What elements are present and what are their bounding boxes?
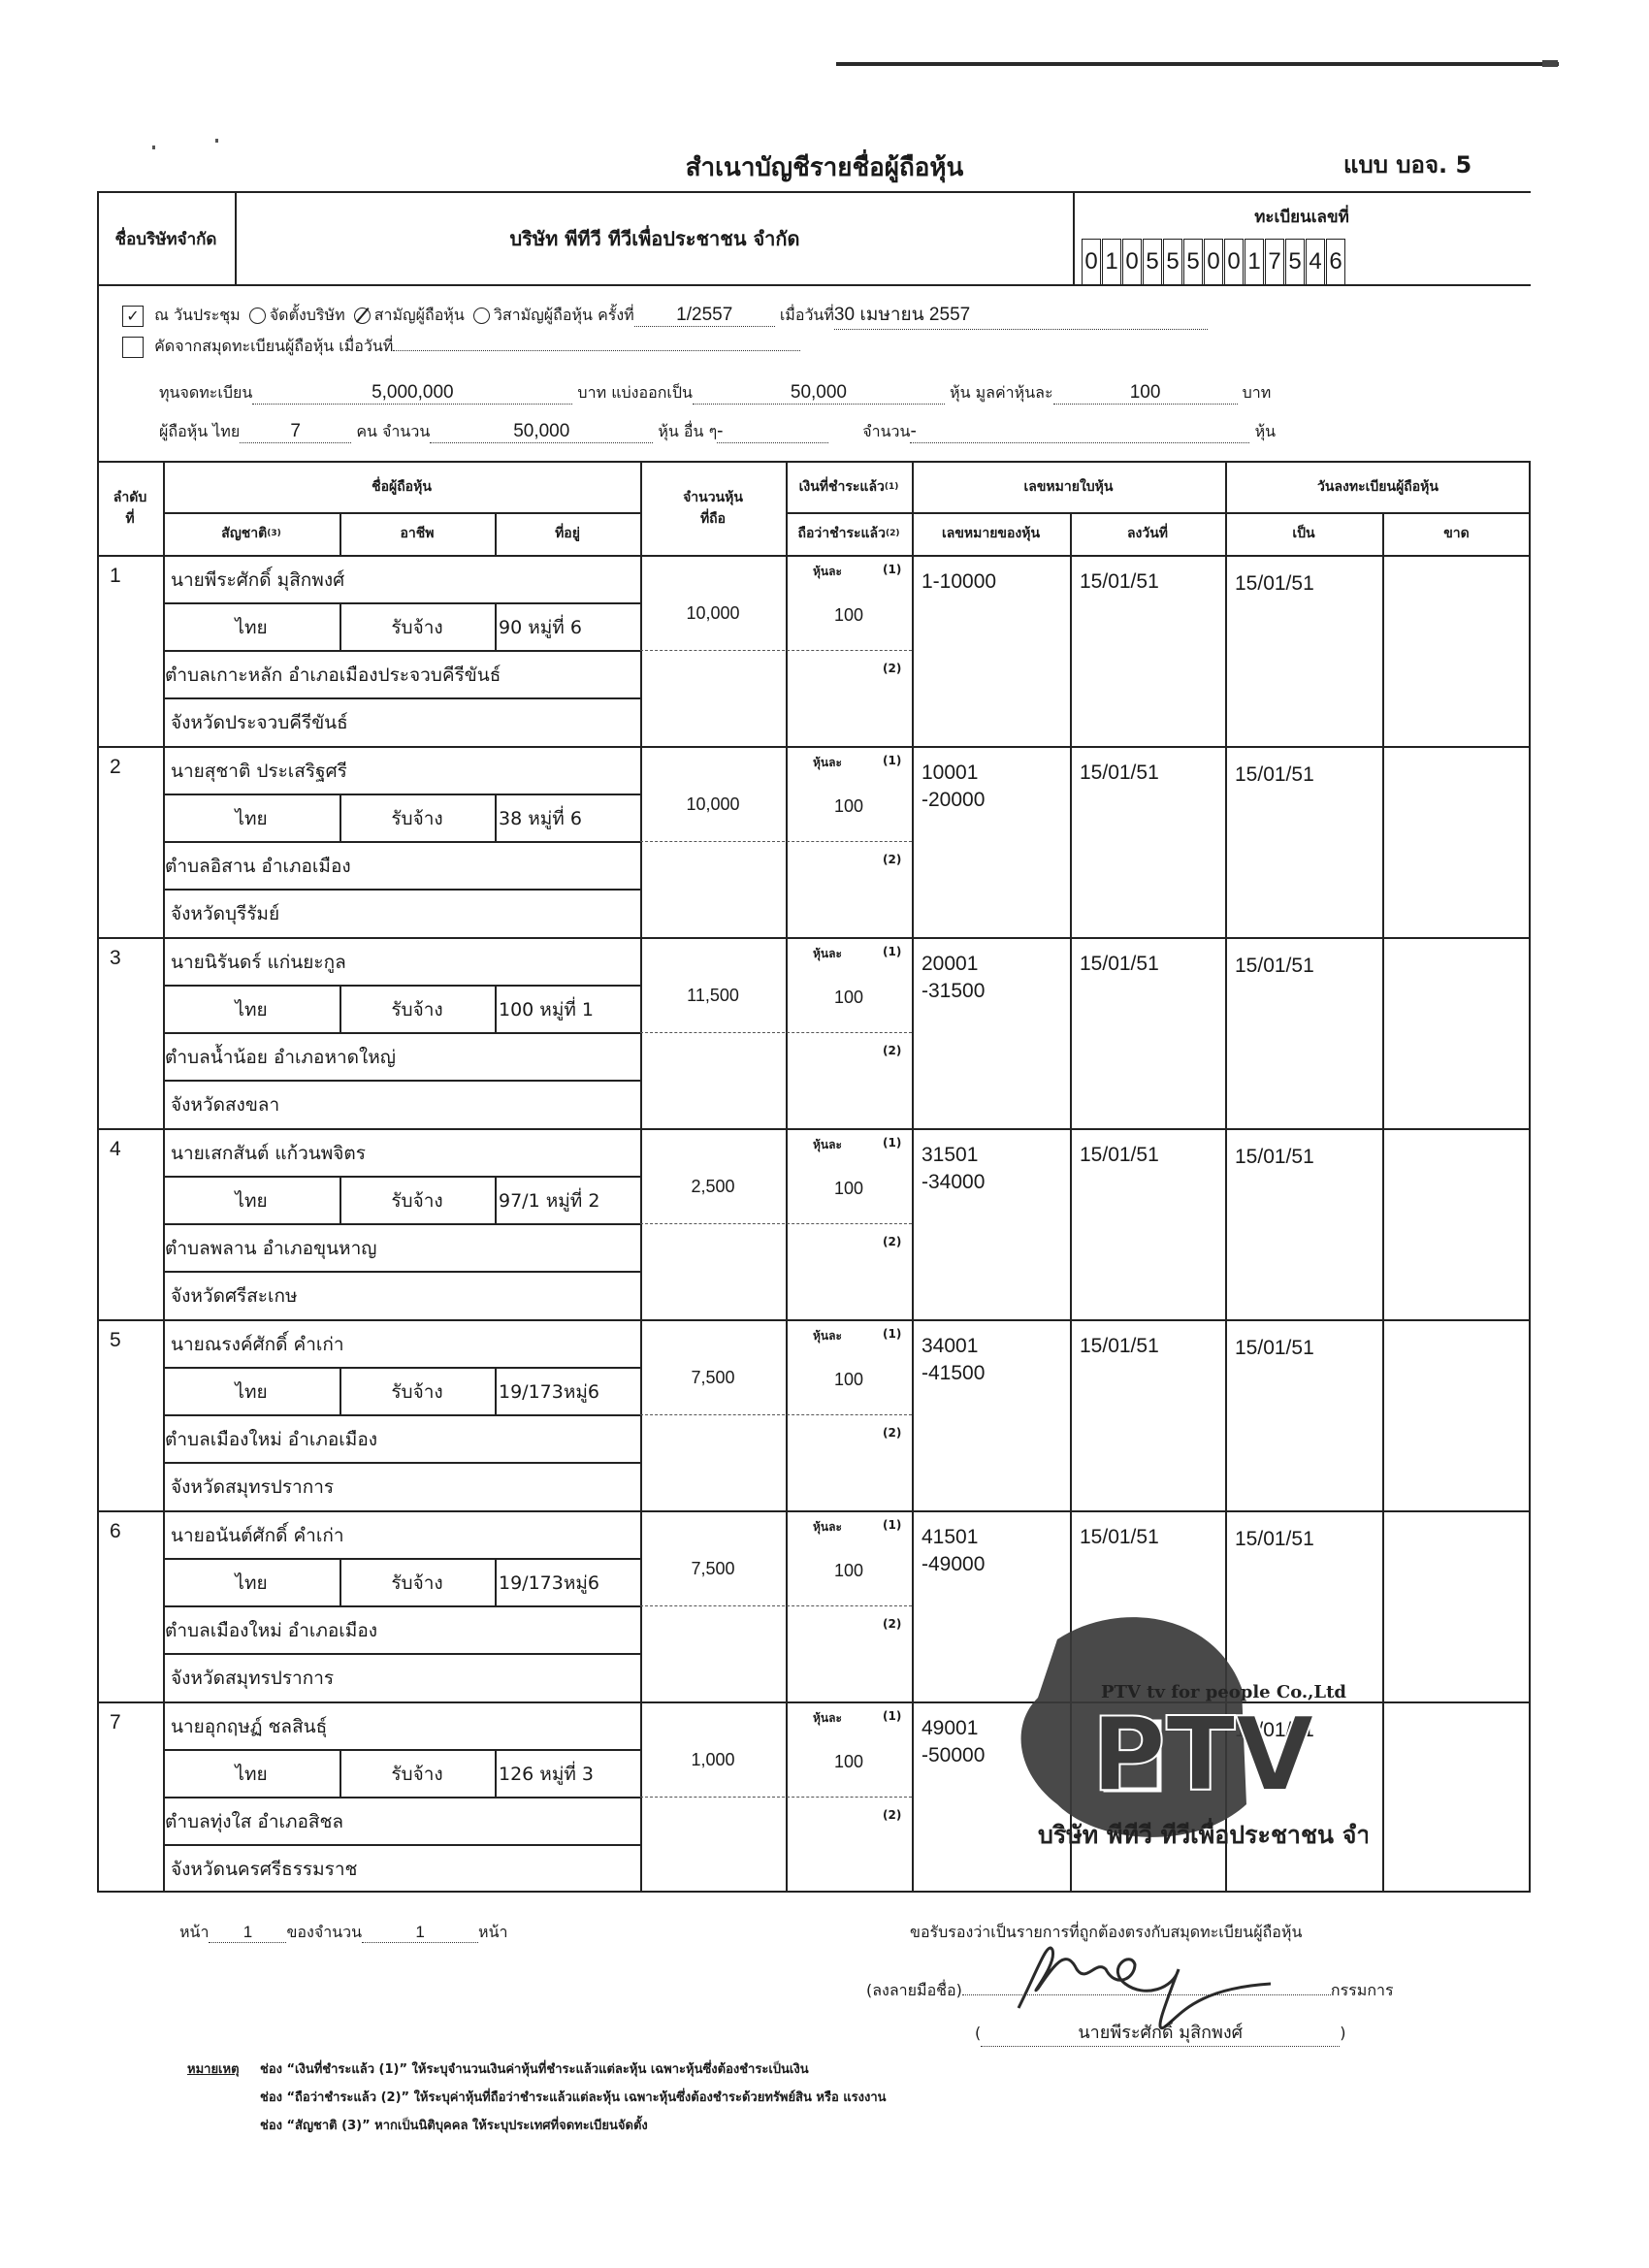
signature-label: (ลงลายมือชื่อ) — [866, 1981, 962, 1999]
thai-shares-field[interactable]: 50,000 — [430, 421, 653, 443]
address-line-2: ตำบลเมืองใหม่ อำเภอเมือง — [165, 1616, 377, 1645]
header-holder-name: ชื่อผู้ถือหุ้น — [163, 461, 640, 512]
address-line-3: จังหวัดบุรีรัมย์ — [171, 899, 279, 928]
header-registration-date: วันลงทะเบียนผู้ถือหุ้น — [1225, 461, 1531, 512]
stamp-english-text: PTV tv for people Co.,Ltd — [1101, 1682, 1346, 1702]
address-line-1: 19/173หมู่6 — [499, 1377, 599, 1407]
radio-ordinary-selected[interactable] — [354, 308, 371, 324]
registration-digit: 1 — [1102, 239, 1121, 285]
header-ceased: ขาด — [1382, 512, 1531, 555]
paid-per-share: 100 — [786, 605, 912, 626]
radio-founding[interactable] — [249, 308, 266, 324]
note-marker: (2) — [886, 529, 900, 538]
others-label: หุ้น อื่น ๆ — [658, 422, 717, 440]
shares-held: 11,500 — [640, 986, 786, 1006]
par-value-field[interactable]: 100 — [1053, 382, 1238, 405]
address-line-2: ตำบลทุ่งใส อำเภอสิชล — [165, 1807, 343, 1836]
nationality: ไทย — [163, 1760, 339, 1789]
share-number-range: 49001 — [921, 1717, 978, 1740]
certificate-date: 15/01/51 — [1080, 1526, 1159, 1549]
registered-capital-field[interactable]: 5,000,000 — [252, 382, 572, 405]
address-line-2: ตำบลเมืองใหม่ อำเภอเมือง — [165, 1425, 377, 1454]
header-shares-text: ที่ถือ — [700, 508, 726, 530]
shares-held: 10,000 — [640, 603, 786, 624]
nationality: ไทย — [163, 1569, 339, 1598]
address-line-1: 100 หมู่ที่ 1 — [499, 995, 594, 1024]
shares-held: 7,500 — [640, 1559, 786, 1579]
header-shares-held: จำนวนหุ้นที่ถือ — [640, 461, 786, 555]
total-pages: 1 — [362, 1923, 478, 1943]
share-number-range-end: -20000 — [921, 789, 985, 812]
note-1-marker: (1) — [883, 945, 901, 958]
registration-digit: 7 — [1265, 239, 1284, 285]
shares-held: 7,500 — [640, 1368, 786, 1388]
row-number: 5 — [110, 1329, 121, 1352]
note-1-marker: (1) — [883, 1136, 901, 1150]
shares-held: 10,000 — [640, 794, 786, 815]
note-marker: (3) — [267, 529, 281, 538]
row-number: 4 — [110, 1138, 121, 1161]
per-share-label: หุ้นละ — [813, 1709, 842, 1728]
baht-label: บาท — [1243, 383, 1272, 402]
share-number-range-end: -50000 — [921, 1744, 985, 1767]
header-address: ที่อยู่ — [495, 512, 640, 555]
director-label: กรรมการ — [1331, 1981, 1394, 1999]
header-cert-date: ลงวันที่ — [1070, 512, 1225, 555]
total-shares-field[interactable]: 50,000 — [693, 382, 945, 405]
note-1-marker: (1) — [883, 1518, 901, 1532]
holder-name: นายนิรันดร์ แก่นยะกูล — [171, 948, 346, 977]
registered-became-date: 15/01/51 — [1235, 572, 1314, 596]
note-2-marker: (2) — [883, 1808, 901, 1822]
holder-name: นายณรงค์ศักดิ์ คำเก่า — [171, 1330, 344, 1359]
address-line-3: จังหวัดสมุทรปราการ — [171, 1664, 334, 1693]
note-2-marker: (2) — [883, 1617, 901, 1631]
registration-label: ทะเบียนเลขที่ — [1073, 204, 1531, 230]
address-line-1: 38 หมู่ที่ 6 — [499, 804, 582, 833]
occupation: รับจ้าง — [339, 804, 495, 833]
signer-name: นายพีระศักดิ์ มุสิกพงศ์ — [981, 2018, 1340, 2047]
address-line-3: จังหวัดประจวบคีรีขันธ์ — [171, 708, 348, 737]
signer-line: (นายพีระศักดิ์ มุสิกพงศ์) — [975, 2018, 1346, 2047]
meeting-line: ✓ ณ วันประชุม จัดตั้งบริษัท สามัญผู้ถือห… — [122, 300, 1208, 330]
nationality: ไทย — [163, 613, 339, 642]
page-label: หน้า — [179, 1923, 209, 1941]
nationality: ไทย — [163, 804, 339, 833]
header-nationality-text: สัญชาติ — [221, 523, 267, 544]
note-line-2: ช่อง “ถือว่าชำระแล้ว (2)” ให้ระบุค่าหุ้น… — [260, 2087, 887, 2107]
capital-line: ทุนจดทะเบียน5,000,000 บาท แบ่งออกเป็น50,… — [159, 381, 1271, 405]
share-number-range: 1-10000 — [921, 570, 996, 594]
holders-line: ผู้ถือหุ้น ไทย7 คน จำนวน50,000 หุ้น อื่น… — [159, 420, 1276, 444]
header-deemed-text: ถือว่าชำระแล้ว — [798, 523, 886, 544]
extract-label: คัดจากสมุดทะเบียนผู้ถือหุ้น เมื่อวันที่ — [154, 337, 393, 355]
thai-holders-field[interactable]: 7 — [240, 421, 351, 443]
occupation: รับจ้าง — [339, 1760, 495, 1789]
session-label: ครั้งที่ — [598, 306, 634, 324]
company-stamp-logo: PTV PTV tv for people Co.,Ltd บริษัท พีท… — [999, 1610, 1368, 1863]
split-label: บาท แบ่งออกเป็น — [577, 383, 693, 402]
scan-speck — [215, 139, 218, 143]
registered-became-date: 15/01/51 — [1235, 955, 1314, 978]
company-name: บริษัท พีทีวี ทีวีเพื่อประชาชน จำกัด — [237, 191, 1073, 286]
extract-line: คัดจากสมุดทะเบียนผู้ถือหุ้น เมื่อวันที่ — [122, 335, 800, 359]
note-1-marker: (1) — [883, 563, 901, 576]
per-share-label: หุ้นละ — [813, 945, 842, 963]
note-2-marker: (2) — [883, 662, 901, 675]
registration-digit: 0 — [1122, 239, 1142, 285]
registered-became-date: 15/01/51 — [1235, 1528, 1314, 1551]
holder-name: นายอนันต์ศักดิ์ คำเก่า — [171, 1521, 344, 1550]
registration-digit: 5 — [1163, 239, 1182, 285]
header-certificate: เลขหมายใบหุ้น — [912, 461, 1225, 512]
registered-became-date: 15/01/51 — [1235, 763, 1314, 787]
registration-digit: 0 — [1224, 239, 1244, 285]
share-number-range-end: -34000 — [921, 1171, 985, 1194]
certificate-date: 15/01/51 — [1080, 953, 1159, 976]
share-number-range: 10001 — [921, 761, 978, 785]
page-suffix: หน้า — [478, 1923, 507, 1941]
row-number: 1 — [110, 565, 121, 588]
share-number-range: 31501 — [921, 1144, 978, 1167]
address-line-2: ตำบลพลาน อำเภอขุนหาญ — [165, 1234, 376, 1263]
registration-digit: 5 — [1285, 239, 1305, 285]
row-number: 7 — [110, 1711, 121, 1734]
share-number-range-end: -49000 — [921, 1553, 985, 1576]
paid-per-share: 100 — [786, 988, 912, 1008]
paid-per-share: 100 — [786, 1752, 912, 1772]
note-2-marker: (2) — [883, 853, 901, 866]
at-meeting-label: ณ วันประชุม — [154, 306, 241, 324]
certificate-date: 15/01/51 — [1080, 761, 1159, 785]
address-line-1: 126 หมู่ที่ 3 — [499, 1760, 594, 1789]
extract-checkbox[interactable] — [122, 337, 144, 358]
registration-digit: 0 — [1082, 239, 1101, 285]
certificate-date: 15/01/51 — [1080, 1335, 1159, 1358]
note-line-3: ช่อง “สัญชาติ (3)” หากเป็นนิติบุคคล ให้ร… — [260, 2115, 648, 2135]
par-label: หุ้น มูลค่าหุ้นละ — [950, 383, 1053, 402]
other-amount-label: จำนวน — [862, 422, 910, 440]
note-line-1: ช่อง “เงินที่ชำระแล้ว (1)” ให้ระบุจำนวนเ… — [260, 2058, 809, 2079]
form-code: แบบ บอจ. 5 — [1343, 146, 1471, 183]
address-line-3: จังหวัดสงขลา — [171, 1090, 279, 1119]
share-number-range: 41501 — [921, 1526, 978, 1549]
of-total-label: ของจำนวน — [286, 1923, 362, 1941]
notes-heading: หมายเหตุ — [187, 2058, 240, 2079]
paid-per-share: 100 — [786, 796, 912, 817]
address-line-2: ตำบลน้ำน้อย อำเภอหาดใหญ่ — [165, 1043, 396, 1072]
share-number-range: 20001 — [921, 953, 978, 976]
note-2-marker: (2) — [883, 1235, 901, 1248]
company-label: ชื่อบริษัทจำกัด — [97, 191, 237, 286]
shares-held: 2,500 — [640, 1177, 786, 1197]
holder-name: นายเสกสันต์ แก้วนพจิตร — [171, 1139, 366, 1168]
share-number-range: 34001 — [921, 1335, 978, 1358]
note-marker: (1) — [885, 482, 899, 492]
header-paid: เงินที่ชำระแล้ว(1) — [786, 461, 912, 512]
row-number: 6 — [110, 1520, 121, 1543]
extract-date-field[interactable] — [393, 350, 800, 351]
header-order: ลำดับที่ — [97, 461, 163, 555]
option-ordinary-label: สามัญผู้ถือหุ้น — [374, 306, 465, 324]
address-line-1: 19/173หมู่6 — [499, 1569, 599, 1598]
page-indicator: หน้า1ของจำนวน1หน้า — [179, 1921, 508, 1945]
header-became: เป็น — [1225, 512, 1382, 555]
paid-per-share: 100 — [786, 1179, 912, 1199]
nationality: ไทย — [163, 1377, 339, 1407]
note-1-marker: (1) — [883, 754, 901, 767]
meeting-date-field[interactable]: 30 เมษายน 2557 — [834, 300, 1208, 330]
share-number-range-end: -41500 — [921, 1362, 985, 1385]
paid-per-share: 100 — [786, 1370, 912, 1390]
registration-digit: 5 — [1143, 239, 1162, 285]
holder-name: นายพีระศักดิ์ มุสิกพงศ์ — [171, 566, 344, 595]
nationality: ไทย — [163, 995, 339, 1024]
holder-name: นายอุกฤษฏ์ ชลสินธุ์ — [171, 1712, 327, 1741]
address-line-2: ตำบลเกาะหลัก อำเภอเมืองประจวบคีรีขันธ์ — [165, 661, 501, 690]
registration-digit: 1 — [1245, 239, 1264, 285]
per-share-label: หุ้นละ — [813, 563, 842, 581]
persons-amount-label: คน จำนวน — [356, 422, 430, 440]
radio-extraordinary[interactable] — [473, 308, 490, 324]
address-line-3: จังหวัดนครศรีธรรมราช — [171, 1855, 357, 1884]
session-field[interactable]: 1/2557 — [634, 305, 775, 327]
occupation: รับจ้าง — [339, 1186, 495, 1215]
registration-digit: 4 — [1306, 239, 1325, 285]
address-line-3: จังหวัดศรีสะเกษ — [171, 1281, 298, 1311]
registered-capital-label: ทุนจดทะเบียน — [159, 383, 252, 402]
meeting-checkbox[interactable]: ✓ — [122, 306, 144, 327]
option-extraordinary-label: วิสามัญผู้ถือหุ้น — [494, 306, 593, 324]
certificate-date: 15/01/51 — [1080, 1144, 1159, 1167]
option-founding-label: จัดตั้งบริษัท — [270, 306, 345, 324]
note-1-marker: (1) — [883, 1327, 901, 1341]
scan-top-rule — [836, 62, 1559, 66]
svg-text:PTV: PTV — [1091, 1696, 1314, 1814]
registration-digit: 6 — [1326, 239, 1345, 285]
note-2-marker: (2) — [883, 1044, 901, 1057]
per-share-label: หุ้นละ — [813, 1136, 842, 1154]
nationality: ไทย — [163, 1186, 339, 1215]
registered-became-date: 15/01/51 — [1235, 1146, 1314, 1169]
header-deemed-paid: ถือว่าชำระแล้ว(2) — [786, 512, 912, 555]
note-1-marker: (1) — [883, 1709, 901, 1723]
registration-number: 0105550017546 — [1082, 239, 1346, 285]
occupation: รับจ้าง — [339, 613, 495, 642]
per-share-label: หุ้นละ — [813, 754, 842, 772]
address-line-1: 97/1 หมู่ที่ 2 — [499, 1186, 599, 1215]
per-share-label: หุ้นละ — [813, 1327, 842, 1345]
occupation: รับจ้าง — [339, 995, 495, 1024]
certificate-date: 15/01/51 — [1080, 570, 1159, 594]
row-number: 2 — [110, 756, 121, 779]
shares-unit-label: หุ้น — [1255, 422, 1276, 440]
other-shares-field[interactable]: - — [910, 421, 1249, 443]
header-occupation: อาชีพ — [339, 512, 495, 555]
registered-became-date: 15/01/51 — [1235, 1337, 1314, 1360]
address-line-3: จังหวัดสมุทรปราการ — [171, 1473, 334, 1502]
registration-digit: 0 — [1204, 239, 1223, 285]
header-order-text: ลำดับ — [113, 487, 146, 508]
row-number: 3 — [110, 947, 121, 970]
address-line-2: ตำบลอิสาน อำเภอเมือง — [165, 852, 351, 881]
note-2-marker: (2) — [883, 1426, 901, 1440]
share-number-range-end: -31500 — [921, 980, 985, 1003]
meeting-info: ✓ ณ วันประชุม จัดตั้งบริษัท สามัญผู้ถือห… — [97, 286, 1531, 461]
header-shares-text: จำนวนหุ้น — [683, 487, 743, 508]
header-order-text: ที่ — [125, 508, 134, 530]
meeting-date-label: เมื่อวันที่ — [780, 306, 834, 324]
holder-name: นายสุชาติ ประเสริฐศรี — [171, 757, 347, 786]
scan-top-rule-end — [1542, 60, 1558, 67]
page-number: 1 — [209, 1923, 286, 1943]
registration-digit: 5 — [1183, 239, 1203, 285]
paid-per-share: 100 — [786, 1561, 912, 1581]
header-paid-text: เงินที่ชำระแล้ว — [799, 476, 885, 498]
occupation: รับจ้าง — [339, 1377, 495, 1407]
other-holders-field[interactable]: - — [717, 421, 828, 443]
shares-held: 1,000 — [640, 1750, 786, 1770]
address-line-1: 90 หมู่ที่ 6 — [499, 613, 582, 642]
stamp-thai-text: บริษัท พีทีวี ทีวีเพื่อประชาชน จำกัด — [1038, 1818, 1368, 1849]
occupation: รับจ้าง — [339, 1569, 495, 1598]
header-share-numbers: เลขหมายของหุ้น — [912, 512, 1070, 555]
per-share-label: หุ้นละ — [813, 1518, 842, 1537]
header-nationality: สัญชาติ(3) — [163, 512, 339, 555]
thai-holders-label: ผู้ถือหุ้น ไทย — [159, 422, 240, 440]
